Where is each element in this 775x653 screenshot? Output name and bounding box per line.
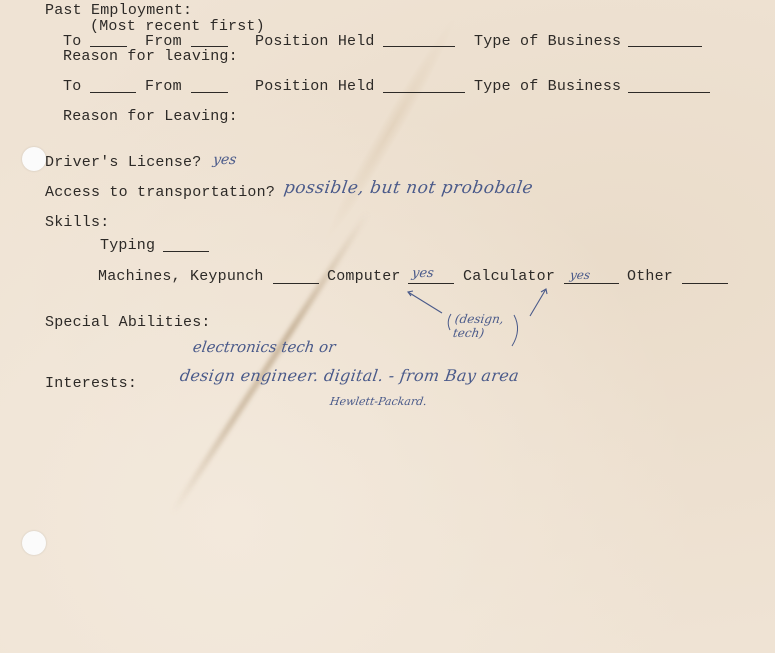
skills-annotation: (design, tech) [452,312,516,340]
skills-annotation-text: (design, tech) [452,312,505,340]
interests-label: Interests: [45,375,137,392]
special-abilities-answer: electronics tech or [192,338,337,356]
special-abilities-label: Special Abilities: [45,314,211,331]
interests-answer-line2: Hewlett-Packard. [329,395,428,408]
interests-answer-line1: design engineer. digital. - from Bay are… [179,366,521,385]
